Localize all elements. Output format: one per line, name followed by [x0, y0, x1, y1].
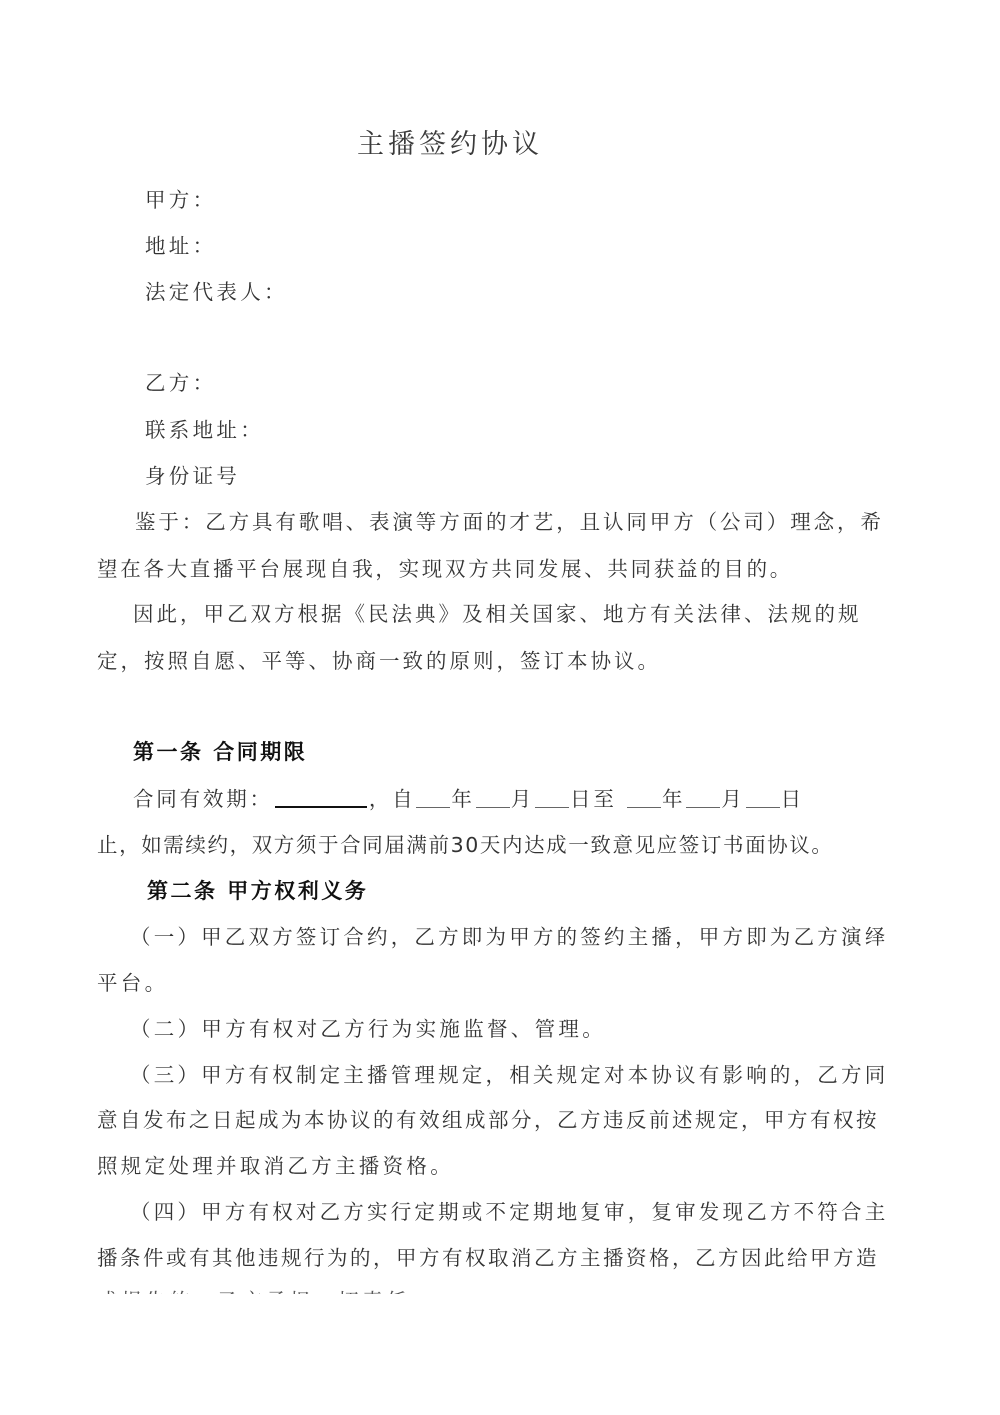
- whereas-paragraph-line-2: 望在各大直播平台展现自我，实现双方共同发展、共同获益的目的。: [97, 555, 793, 583]
- party-a-representative-label: 法定代表人：: [145, 278, 288, 306]
- start-day-blank[interactable]: [535, 787, 569, 808]
- article-1-term-line: 合同有效期：，自年月日至 年月日: [133, 785, 804, 813]
- article-2-item-2-line-1: （二）甲方有权对乙方行为实施监督、管理。: [130, 1015, 606, 1043]
- year-text: 年: [451, 787, 474, 811]
- month-text: 月: [511, 787, 534, 811]
- term-label: 合同有效期：: [133, 787, 273, 811]
- term-duration-blank[interactable]: [275, 786, 367, 808]
- therefore-paragraph-line-1: 因此，甲乙双方根据《民法典》及相关国家、地方有关法律、法规的规: [133, 600, 862, 628]
- article-2-item-4-line-1: （四）甲方有权对乙方实行定期或不定期地复审，复审发现乙方不符合主: [130, 1198, 888, 1226]
- party-b-id-number-label: 身份证号: [145, 462, 240, 490]
- article-2-item-4-line-2: 播条件或有其他违规行为的，甲方有权取消乙方主播资格，乙方因此给甲方造: [97, 1244, 879, 1272]
- start-month-blank[interactable]: [476, 787, 510, 808]
- month-text-2: 月: [721, 787, 744, 811]
- document-page: 主播签约协议 甲方： 地址： 法定代表人： 乙方： 联系地址： 身份证号 鉴于：…: [0, 0, 1000, 1415]
- page-bottom-clip: [0, 1294, 1000, 1415]
- party-a-label: 甲方：: [145, 186, 216, 214]
- end-year-blank[interactable]: [627, 787, 661, 808]
- article-2-item-1-line-2: 平台。: [97, 969, 168, 997]
- therefore-paragraph-line-2: 定，按照自愿、平等、协商一致的原则，签订本协议。: [97, 647, 661, 675]
- article-2-item-1-line-1: （一）甲乙双方签订合约，乙方即为甲方的签约主播，甲方即为乙方演绎: [130, 923, 888, 951]
- whereas-paragraph-line-1: 鉴于：乙方具有歌唱、表演等方面的才艺，且认同甲方（公司）理念，希: [135, 508, 884, 536]
- year-text-2: 年: [662, 787, 685, 811]
- day-text: 日: [781, 787, 804, 811]
- party-b-contact-address-label: 联系地址：: [145, 416, 264, 444]
- article-2-item-3-line-3: 照规定处理并取消乙方主播资格。: [97, 1152, 454, 1180]
- article-2-item-3-line-2: 意自发布之日起成为本协议的有效组成部分，乙方违反前述规定，甲方有权按: [97, 1106, 879, 1134]
- party-a-address-label: 地址：: [145, 232, 216, 260]
- document-title: 主播签约协议: [357, 128, 543, 162]
- end-month-blank[interactable]: [686, 787, 720, 808]
- article-1-heading: 第一条 合同期限: [133, 738, 307, 766]
- day-to-text: 日至: [570, 787, 626, 811]
- term-from-text: ，自: [369, 787, 416, 811]
- party-b-label: 乙方：: [145, 369, 216, 397]
- article-1-renewal-line: 止，如需续约，双方须于合同届满前30天内达成一致意见应签订书面协议。: [97, 831, 833, 859]
- article-2-heading: 第二条 甲方权利义务: [147, 877, 368, 905]
- end-day-blank[interactable]: [746, 787, 780, 808]
- article-2-item-3-line-1: （三）甲方有权制定主播管理规定，相关规定对本协议有影响的，乙方同: [130, 1061, 888, 1089]
- start-year-blank[interactable]: [416, 787, 450, 808]
